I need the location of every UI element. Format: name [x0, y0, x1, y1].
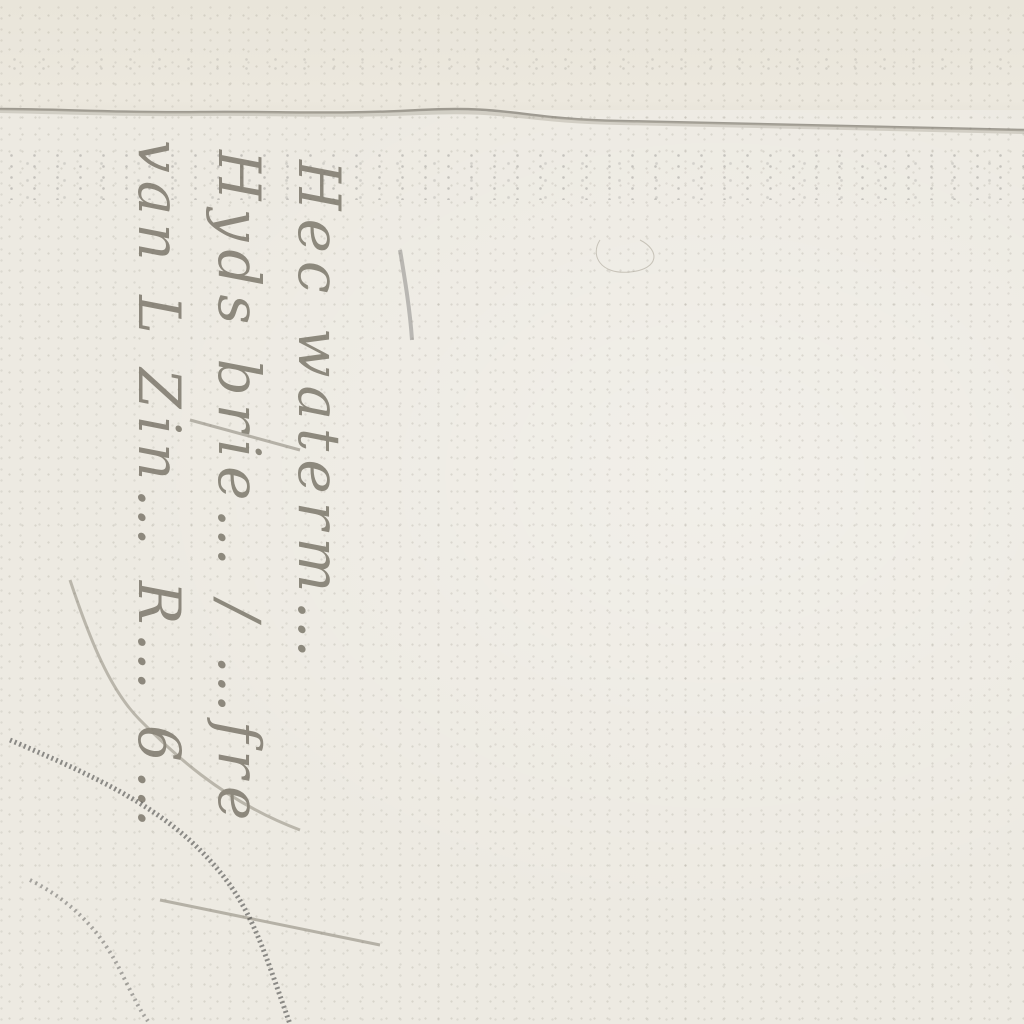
paper-speckle-top — [0, 55, 1024, 75]
charcoal-sketch-line — [0, 700, 420, 1024]
handwriting-line-1: Hec waterm… — [290, 160, 348, 666]
